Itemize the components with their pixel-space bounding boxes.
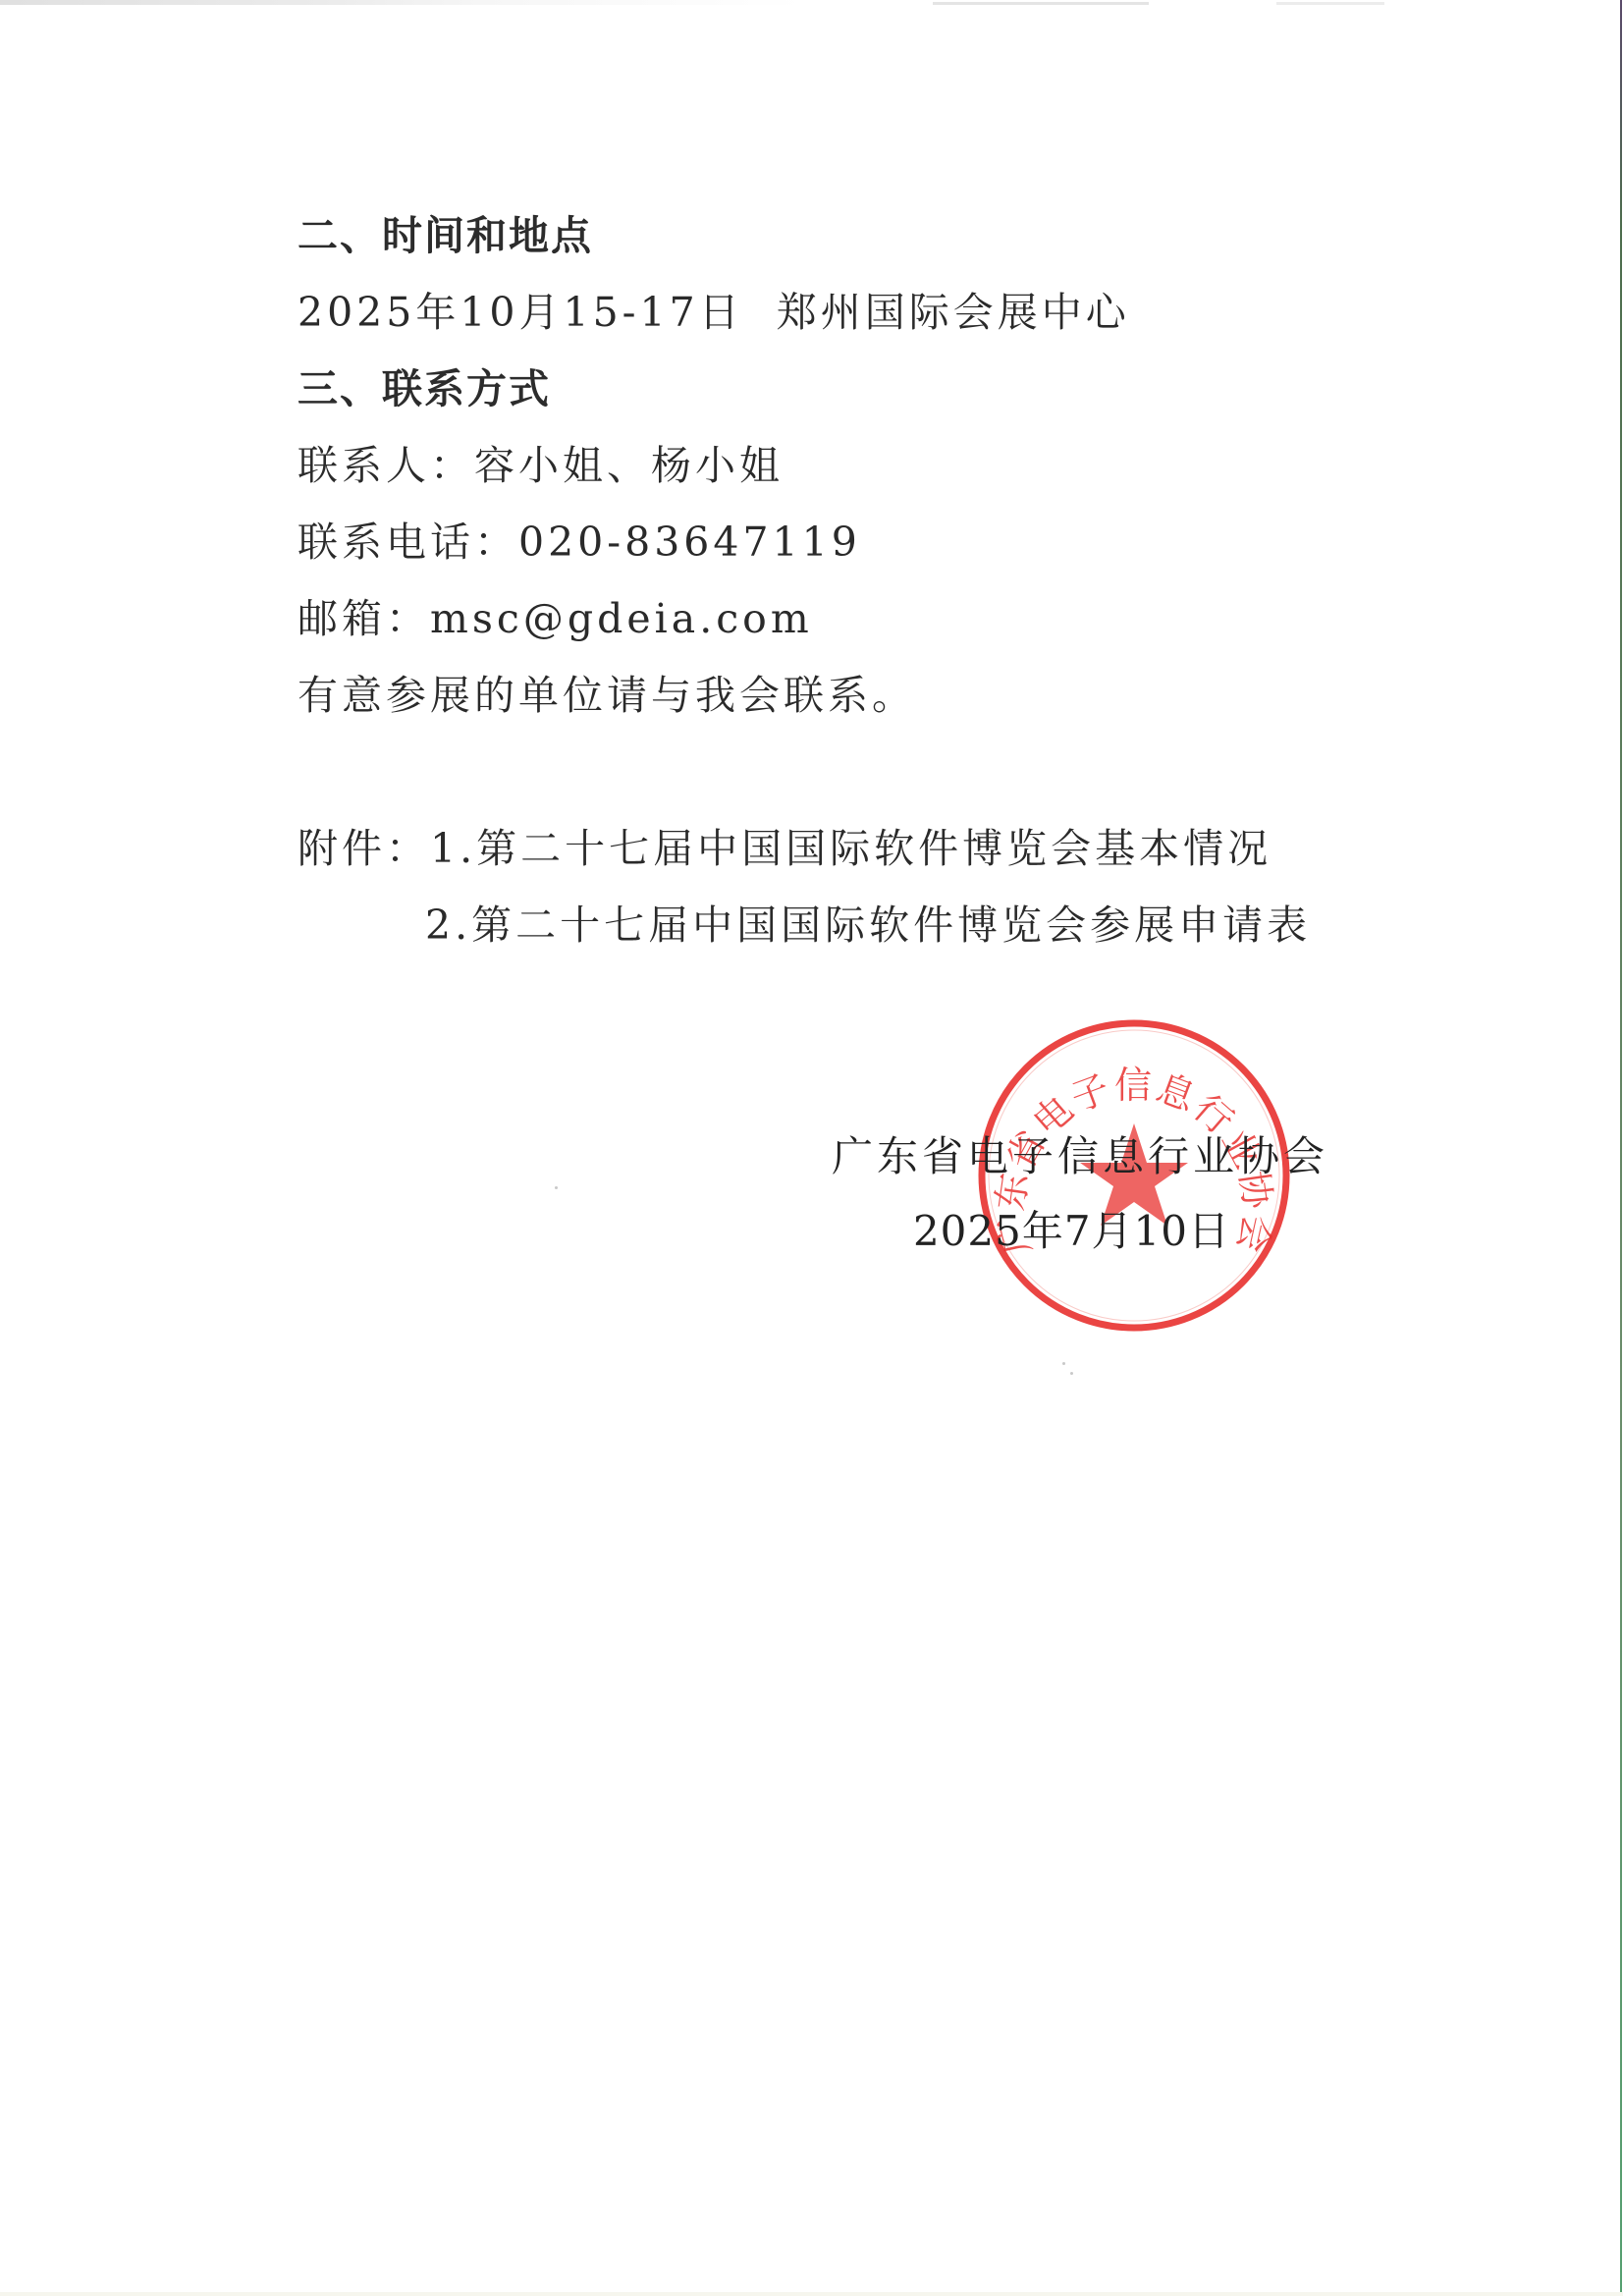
section-heading-contact: 三、联系方式 bbox=[298, 365, 551, 412]
contact-phone: 联系电话：020-83647119 bbox=[298, 519, 861, 566]
scan-speck bbox=[1070, 1372, 1073, 1375]
signature-date: 2025年7月10日 bbox=[913, 1208, 1230, 1255]
contact-person: 联系人：容小姐、杨小姐 bbox=[298, 442, 784, 489]
contact-note: 有意参展的单位请与我会联系。 bbox=[298, 672, 916, 719]
scan-edge-top bbox=[1276, 2, 1384, 5]
signature-organization: 广东省电子信息行业协会 bbox=[832, 1133, 1328, 1180]
attachment-item-1: 附件：1.第二十七届中国国际软件博览会基本情况 bbox=[298, 825, 1271, 872]
scan-speck bbox=[1062, 1362, 1065, 1365]
scan-edge-right bbox=[1620, 0, 1622, 2296]
attachments-label: 附件： bbox=[298, 825, 430, 872]
section-heading-time-location: 二、时间和地点 bbox=[298, 212, 593, 259]
scan-edge-top bbox=[0, 0, 805, 5]
event-date-location: 2025年10月15-17日 郑州国际会展中心 bbox=[298, 289, 1130, 336]
contact-email: 邮箱：msc@gdeia.com bbox=[298, 595, 813, 642]
scan-edge-bottom bbox=[0, 2292, 1623, 2296]
attachment-item-2: 2.第二十七届中国国际软件博览会参展申请表 bbox=[298, 902, 1311, 949]
scan-speck bbox=[555, 1186, 558, 1189]
scan-edge-top bbox=[933, 2, 1149, 5]
